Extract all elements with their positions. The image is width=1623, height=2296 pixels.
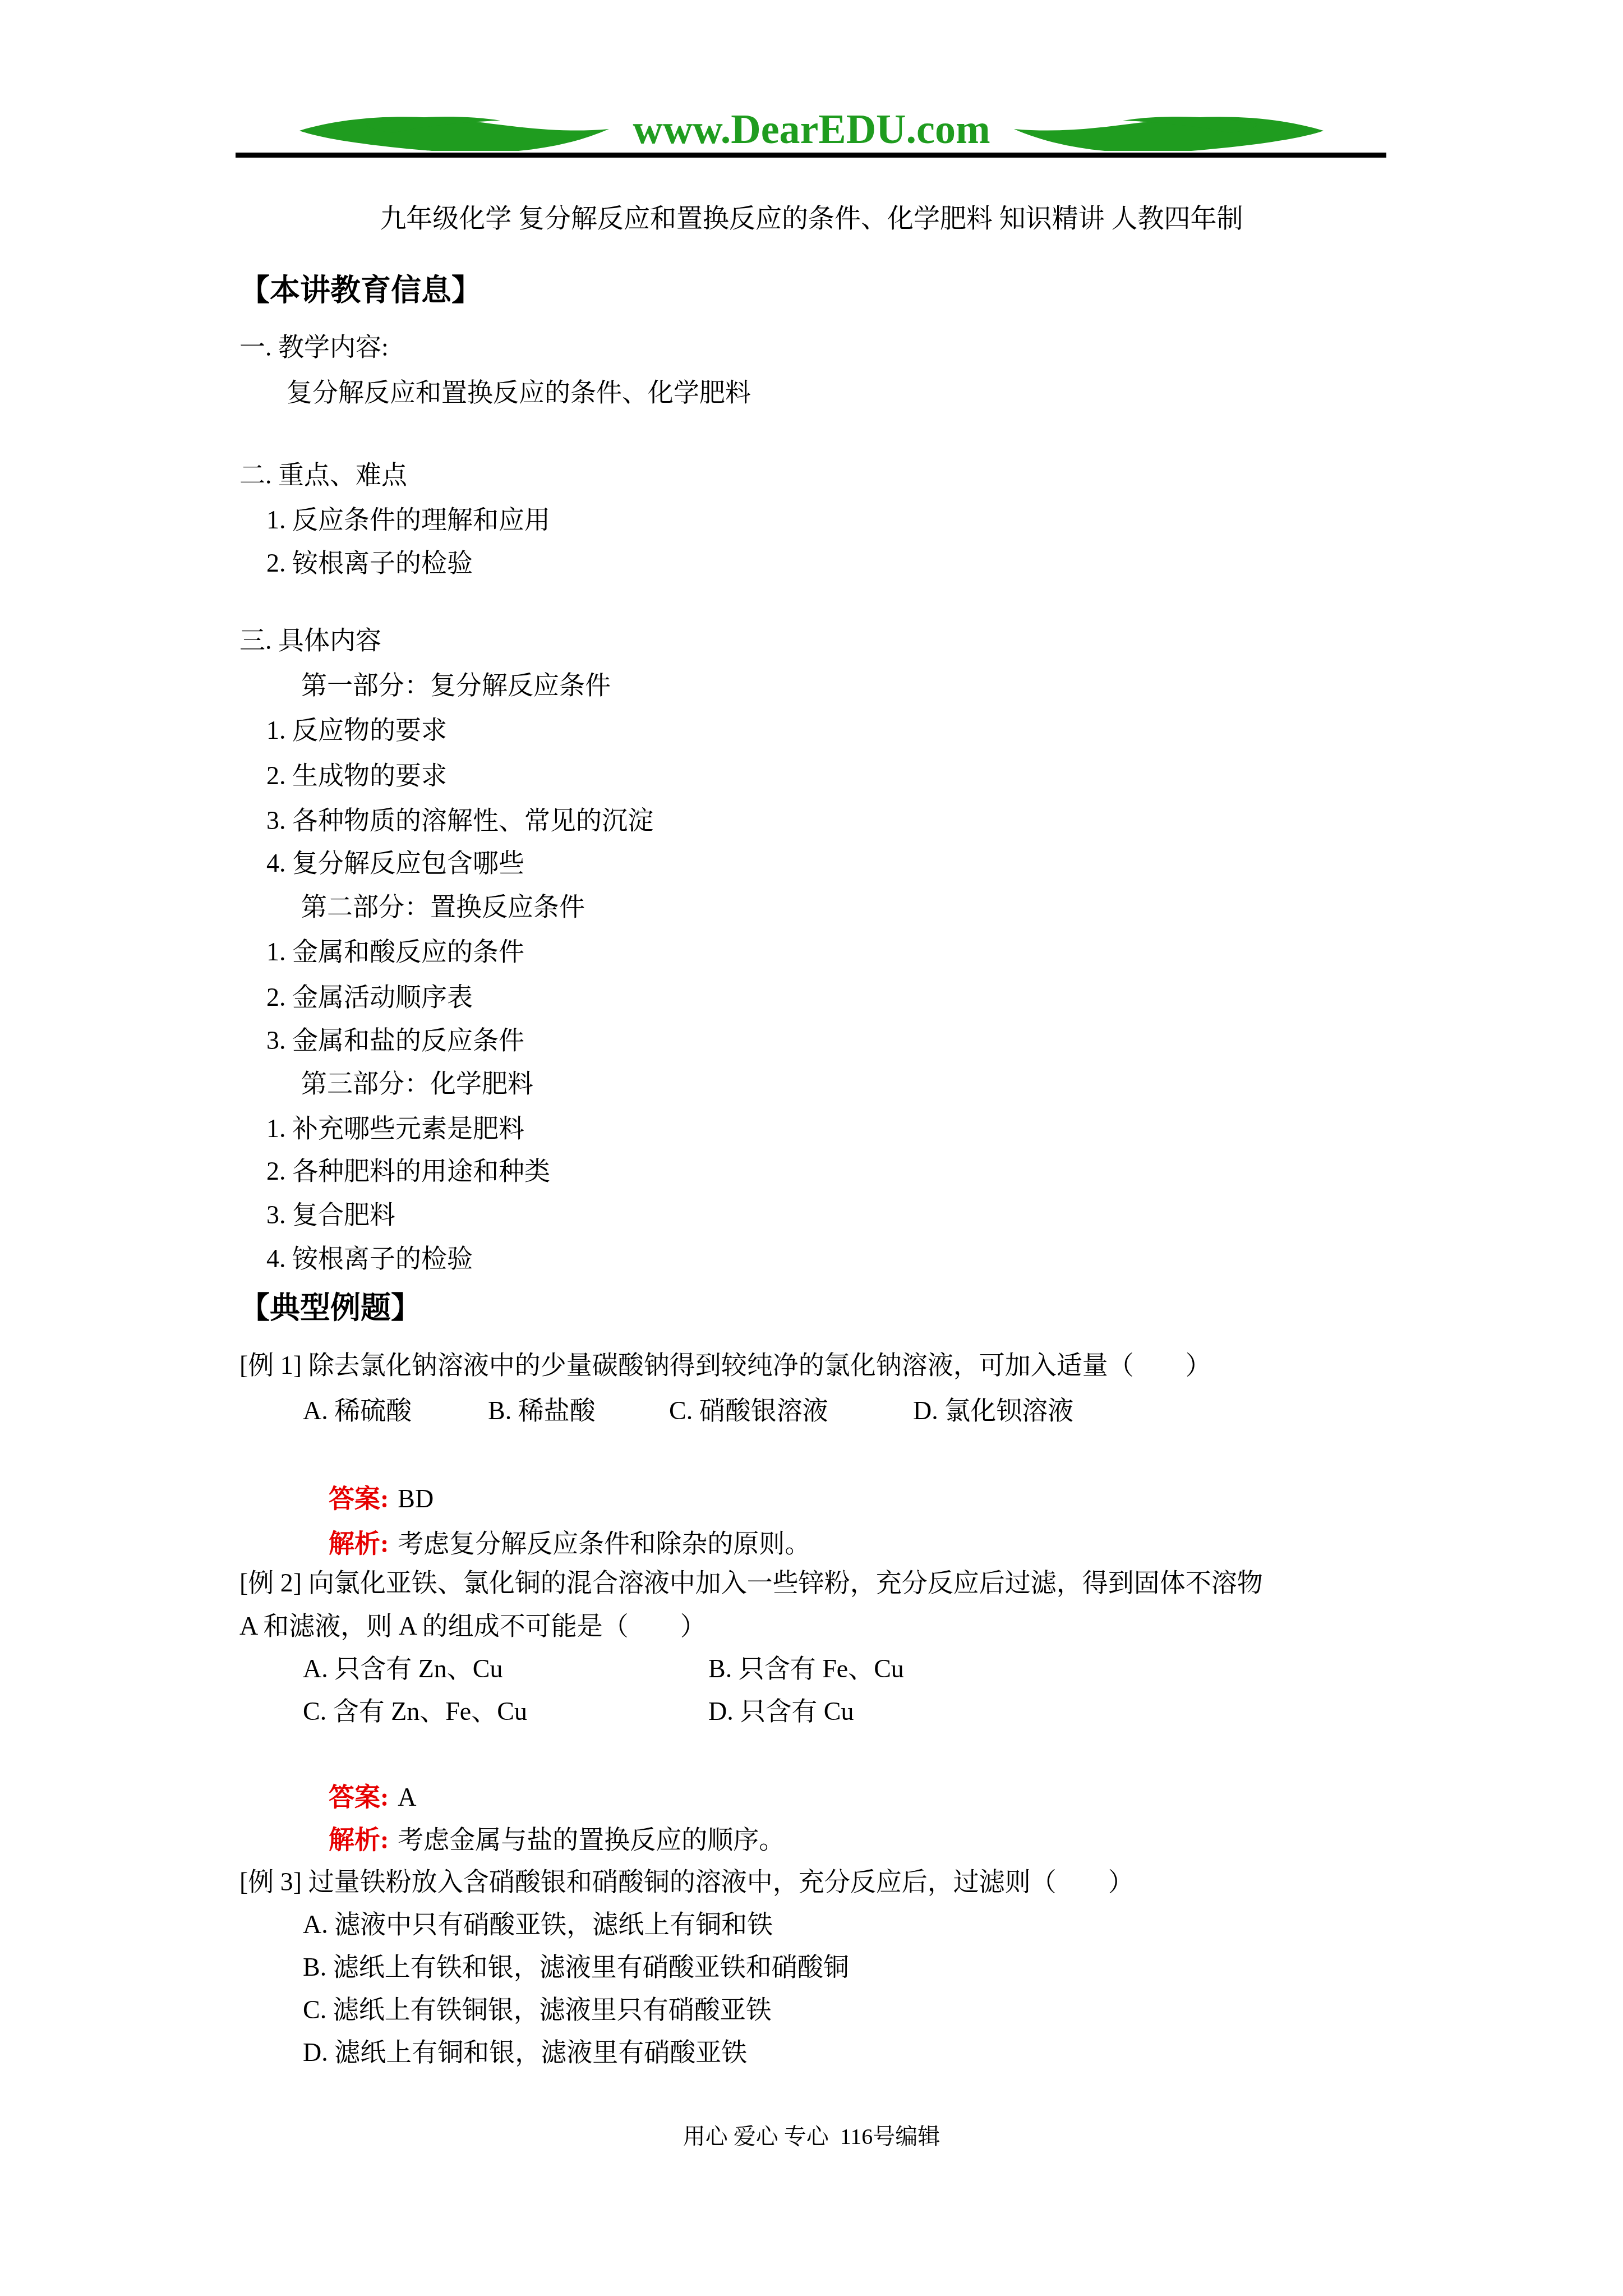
part1-title: 第一部分：复分解反应条件: [301, 664, 611, 707]
outline-item: 3. 金属和盐的反应条件: [266, 1019, 524, 1062]
example1-question: [例 1] 除去氯化钠溶液中的少量碳酸钠得到较纯净的氯化钠溶液，可加入适量（ ）: [239, 1343, 1211, 1387]
teaching-label: 一. 教学内容:: [239, 325, 389, 369]
option-b: B. 稀盐酸: [488, 1389, 596, 1432]
examples-heading: 【典型例题】: [239, 1286, 421, 1331]
outline-label: 三. 具体内容: [239, 619, 381, 662]
analysis-text: 考虑金属与盐的置换反应的顺序。: [398, 1825, 785, 1854]
example3-question: [例 3] 过量铁粉放入含硝酸银和硝酸铜的溶液中，充分反应后，过滤则（ ）: [239, 1860, 1134, 1903]
outline-item: 3. 各种物质的溶解性、常见的沉淀: [266, 799, 653, 842]
brand-logo: www.DearEDU.com: [298, 114, 1325, 151]
info-heading: 【本讲教育信息】: [239, 268, 482, 313]
keypoint-item: 2. 铵根离子的检验: [266, 541, 473, 585]
logo-text: www.DearEDU.com: [633, 114, 990, 151]
outline-item: 2. 各种肥料的用途和种类: [266, 1149, 550, 1193]
page-root: www.DearEDU.com 九年级化学 复分解反应和置换反应的条件、化学肥料…: [0, 0, 1623, 2296]
teaching-content: 复分解反应和置换反应的条件、化学肥料: [287, 371, 751, 414]
example2-question-line1: [例 2] 向氯化亚铁、氯化铜的混合溶液中加入一些锌粉，充分反应后过滤，得到固体…: [239, 1561, 1263, 1604]
keypoint-item: 1. 反应条件的理解和应用: [266, 498, 550, 541]
outline-item: 2. 生成物的要求: [266, 754, 447, 797]
option-c: C. 硝酸银溶液: [669, 1389, 828, 1432]
analysis-text: 考虑复分解反应条件和除杂的原则。: [398, 1529, 810, 1558]
outline-item: 4. 复分解反应包含哪些: [266, 841, 524, 885]
part2-title: 第二部分：置换反应条件: [301, 885, 585, 928]
option-b: B. 只含有 Fe、Cu: [708, 1647, 904, 1690]
outline-item: 1. 反应物的要求: [266, 708, 447, 752]
logo-swoosh-left-icon: [299, 117, 609, 151]
option-a: A. 只含有 Zn、Cu: [303, 1647, 503, 1690]
page-footer: 用心 爱心 专心 116号编辑: [0, 2121, 1623, 2152]
keypoints-label: 二. 重点、难点: [239, 453, 407, 496]
header-rule: [236, 153, 1386, 158]
option-d: D. 只含有 Cu: [708, 1690, 854, 1733]
outline-item: 1. 金属和酸反应的条件: [266, 930, 524, 973]
outline-item: 2. 金属活动顺序表: [266, 976, 473, 1019]
example2-question-line2: A 和滤液，则 A 的组成不可能是（ ）: [239, 1604, 706, 1648]
option-a: A. 稀硫酸: [303, 1389, 412, 1432]
part3-title: 第三部分：化学肥料: [301, 1062, 533, 1105]
option-d: D. 氯化钡溶液: [913, 1389, 1073, 1432]
option-a: A. 滤液中只有硝酸亚铁，滤纸上有铜和铁: [303, 1903, 773, 1946]
analysis-label: 解析:: [329, 1529, 389, 1558]
analysis-label: 解析:: [329, 1825, 389, 1854]
outline-item: 3. 复合肥料: [266, 1193, 395, 1236]
option-b: B. 滤纸上有铁和银，滤液里有硝酸亚铁和硝酸铜: [303, 1945, 849, 1989]
option-c: C. 含有 Zn、Fe、Cu: [303, 1690, 527, 1733]
doc-title: 九年级化学 复分解反应和置换反应的条件、化学肥料 知识精讲 人教四年制: [0, 201, 1623, 236]
option-c: C. 滤纸上有铁铜银，滤液里只有硝酸亚铁: [303, 1988, 772, 2031]
outline-item: 4. 铵根离子的检验: [266, 1237, 473, 1280]
outline-item: 1. 补充哪些元素是肥料: [266, 1107, 524, 1150]
option-d: D. 滤纸上有铜和银，滤液里有硝酸亚铁: [303, 2031, 747, 2074]
logo-swoosh-right-icon: [1014, 117, 1324, 151]
